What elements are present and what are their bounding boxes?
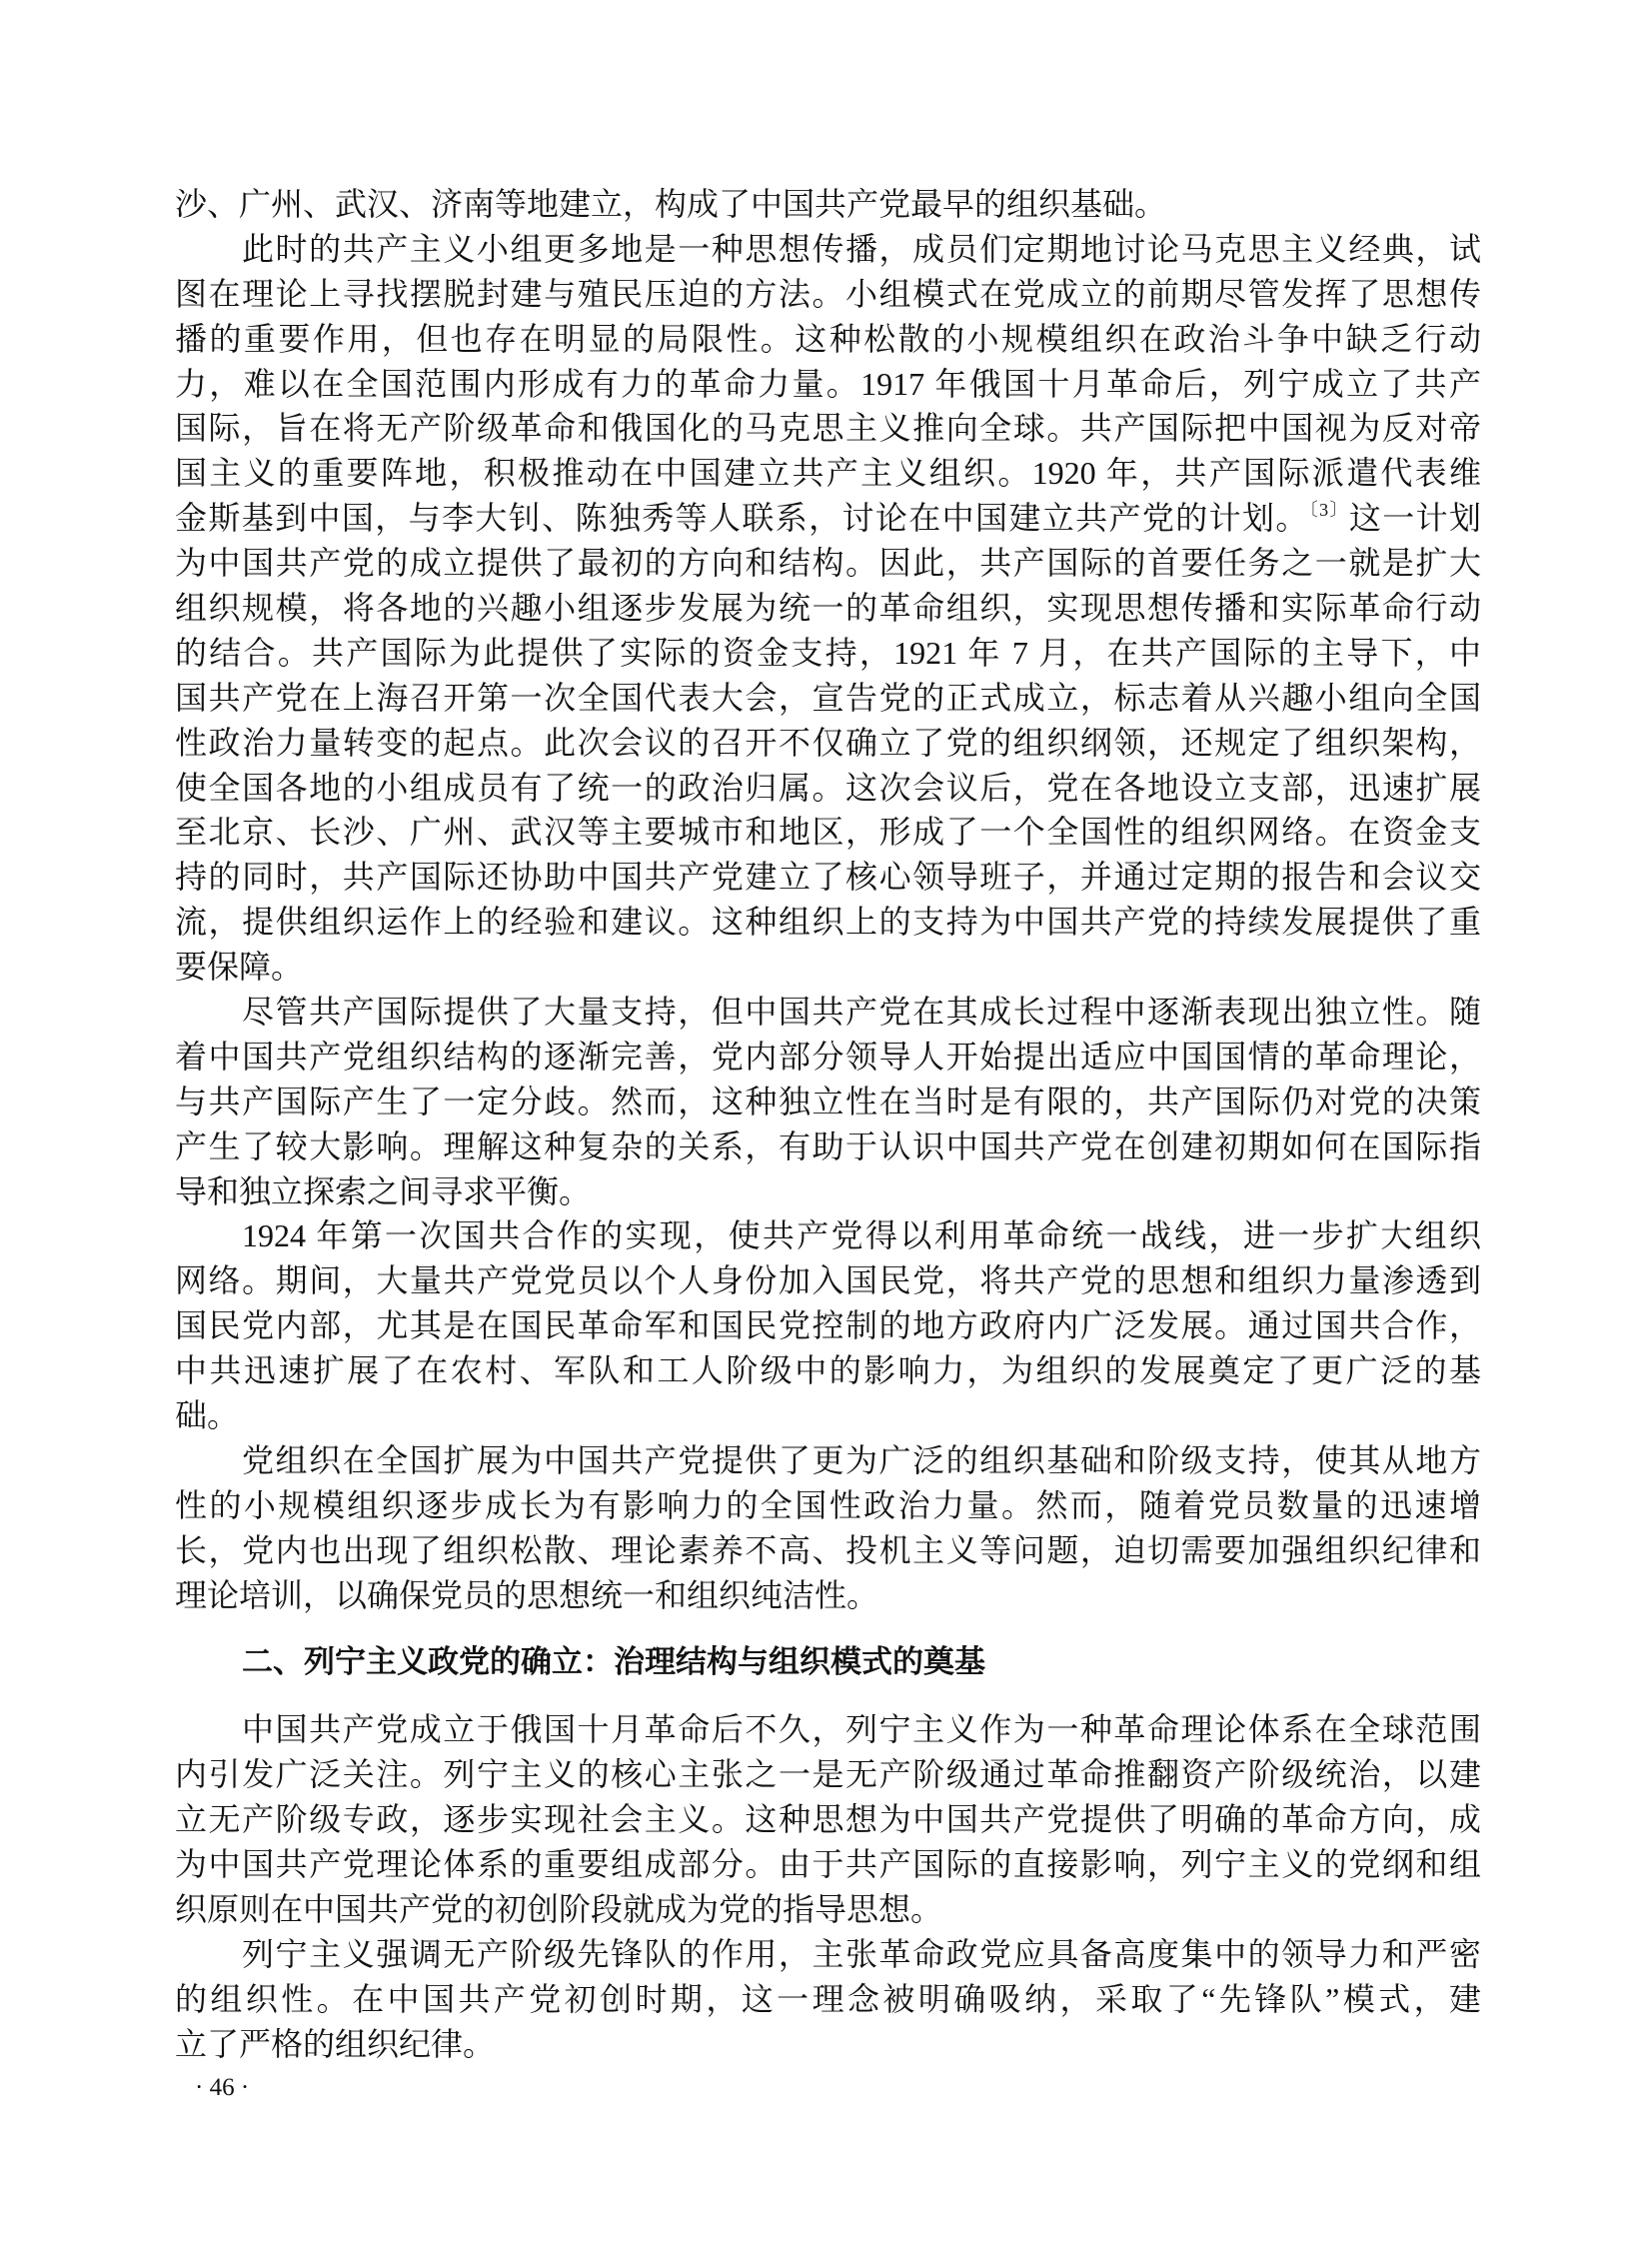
text-line: 中国共产党成立于俄国十月革命后不久，列宁主义作为一种革命理论体系在全球范围 <box>175 1707 1481 1752</box>
text-segment: 这一计划 <box>1349 500 1481 536</box>
paragraph-first-united-front: 1924 年第一次国共合作的实现，使共产党得以利用革命统一战线，进一步扩大组织 … <box>175 1213 1481 1437</box>
text-line: 础。 <box>175 1393 1481 1438</box>
text-line: 产生了较大影响。理解这种复杂的关系，有助于认识中国共产党在创建初期如何在国际指 <box>175 1124 1481 1169</box>
text-segment: 金斯基到中国，与李大钊、陈独秀等人联系，讨论在中国建立共产党的计划。 <box>175 500 1309 536</box>
text-line: 此时的共产主义小组更多地是一种思想传播，成员们定期地讨论马克思主义经典，试 <box>175 227 1481 272</box>
text-line: 党组织在全国扩展为中国共产党提供了更为广泛的组织基础和阶级支持，使其从地方 <box>175 1438 1481 1483</box>
citation-reference[interactable]: 〔3〕 <box>1309 500 1349 520</box>
paragraph-continued: 沙、广州、武汉、济南等地建立，构成了中国共产党最早的组织基础。 <box>175 182 1481 227</box>
page-body: 沙、广州、武汉、济南等地建立，构成了中国共产党最早的组织基础。 此时的共产主义小… <box>175 182 1481 2111</box>
text-line: 持的同时，共产国际还协助中国共产党建立了核心领导班子，并通过定期的报告和会议交 <box>175 855 1481 900</box>
text-line: 流，提供组织运作上的经验和建议。这种组织上的支持为中国共产党的持续发展提供了重 <box>175 900 1481 945</box>
text-line: 使全国各地的小组成员有了统一的政治归属。这次会议后，党在各地设立支部，迅速扩展 <box>175 766 1481 811</box>
text-line: 图在理论上寻找摆脱封建与殖民压迫的方法。小组模式在党成立的前期尽管发挥了思想传 <box>175 272 1481 317</box>
text-line: 沙、广州、武汉、济南等地建立，构成了中国共产党最早的组织基础。 <box>175 182 1481 227</box>
text-line: 网络。期间，大量共产党党员以个人身份加入国民党，将共产党的思想和组织力量渗透到 <box>175 1258 1481 1303</box>
text-line: 1924 年第一次国共合作的实现，使共产党得以利用革命统一战线，进一步扩大组织 <box>175 1213 1481 1258</box>
text-line: 要保障。 <box>175 945 1481 990</box>
paragraph-comintern-groups: 此时的共产主义小组更多地是一种思想传播，成员们定期地讨论马克思主义经典，试 图在… <box>175 227 1481 990</box>
text-line: 长，党内也出现了组织松散、理论素养不高、投机主义等问题，迫切需要加强组织纪律和 <box>175 1528 1481 1573</box>
paragraph-vanguard: 列宁主义强调无产阶级先锋队的作用，主张革命政党应具备高度集中的领导力和严密 的组… <box>175 1932 1481 2067</box>
text-line: 国共产党在上海召开第一次全国代表大会，宣告党的正式成立，标志着从兴趣小组向全国 <box>175 676 1481 721</box>
paragraph-leninism-intro: 中国共产党成立于俄国十月革命后不久，列宁主义作为一种革命理论体系在全球范围 内引… <box>175 1707 1481 1931</box>
text-line: 的组织性。在中国共产党初创时期，这一理念被明确吸纳，采取了“先锋队”模式，建 <box>175 1977 1481 2022</box>
text-line: 立无产阶级专政，逐步实现社会主义。这种思想为中国共产党提供了明确的革命方向，成 <box>175 1797 1481 1842</box>
text-line: 国民党内部，尤其是在国民革命军和国民党控制的地方政府内广泛发展。通过国共合作， <box>175 1303 1481 1348</box>
text-line: 着中国共产党组织结构的逐渐完善，党内部分领导人开始提出适应中国国情的革命理论， <box>175 1035 1481 1080</box>
text-line: 立了严格的组织纪律。 <box>175 2022 1481 2067</box>
text-line: 性政治力量转变的起点。此次会议的召开不仅确立了党的组织纲领，还规定了组织架构， <box>175 721 1481 766</box>
text-line: 织原则在中国共产党的初创阶段就成为党的指导思想。 <box>175 1887 1481 1932</box>
text-line: 内引发广泛关注。列宁主义的核心主张之一是无产阶级通过革命推翻资产阶级统治，以建 <box>175 1752 1481 1797</box>
paragraph-national-expansion: 党组织在全国扩展为中国共产党提供了更为广泛的组织基础和阶级支持，使其从地方 性的… <box>175 1438 1481 1618</box>
paragraph-independence: 尽管共产国际提供了大量支持，但中国共产党在其成长过程中逐渐表现出独立性。随 着中… <box>175 990 1481 1213</box>
text-line: 力，难以在全国范围内形成有力的革命力量。1917 年俄国十月革命后，列宁成立了共… <box>175 362 1481 407</box>
text-line: 列宁主义强调无产阶级先锋队的作用，主张革命政党应具备高度集中的领导力和严密 <box>175 1932 1481 1977</box>
text-line: 为中国共产党的成立提供了最初的方向和结构。因此，共产国际的首要任务之一就是扩大 <box>175 541 1481 586</box>
section-heading: 二、列宁主义政党的确立：治理结构与组织模式的奠基 <box>175 1640 1481 1685</box>
text-line: 与共产国际产生了一定分歧。然而，这种独立性在当时是有限的，共产国际仍对党的决策 <box>175 1080 1481 1124</box>
text-line: 组织规模，将各地的兴趣小组逐步发展为统一的革命组织，实现思想传播和实际革命行动 <box>175 586 1481 631</box>
text-line: 播的重要作用，但也存在明显的局限性。这种松散的小规模组织在政治斗争中缺乏行动 <box>175 317 1481 362</box>
text-line: 理论培训，以确保党员的思想统一和组织纯洁性。 <box>175 1573 1481 1618</box>
text-line-with-citation: 金斯基到中国，与李大钊、陈独秀等人联系，讨论在中国建立共产党的计划。〔3〕这一计… <box>175 496 1481 541</box>
text-line: 为中国共产党理论体系的重要组成部分。由于共产国际的直接影响，列宁主义的党纲和组 <box>175 1842 1481 1887</box>
text-line: 尽管共产国际提供了大量支持，但中国共产党在其成长过程中逐渐表现出独立性。随 <box>175 990 1481 1035</box>
text-line: 中共迅速扩展了在农村、军队和工人阶级中的影响力，为组织的发展奠定了更广泛的基 <box>175 1348 1481 1393</box>
text-line: 至北京、长沙、广州、武汉等主要城市和地区，形成了一个全国性的组织网络。在资金支 <box>175 810 1481 855</box>
text-line: 国际，旨在将无产阶级革命和俄国化的马克思主义推向全球。共产国际把中国视为反对帝 <box>175 406 1481 451</box>
page-number: · 46 · <box>175 2066 1481 2111</box>
text-line: 的结合。共产国际为此提供了实际的资金支持，1921 年 7 月，在共产国际的主导… <box>175 631 1481 676</box>
text-line: 性的小规模组织逐步成长为有影响力的全国性政治力量。然而，随着党员数量的迅速增 <box>175 1483 1481 1528</box>
text-line: 国主义的重要阵地，积极推动在中国建立共产主义组织。1920 年，共产国际派遣代表… <box>175 451 1481 496</box>
text-line: 导和独立探索之间寻求平衡。 <box>175 1169 1481 1214</box>
